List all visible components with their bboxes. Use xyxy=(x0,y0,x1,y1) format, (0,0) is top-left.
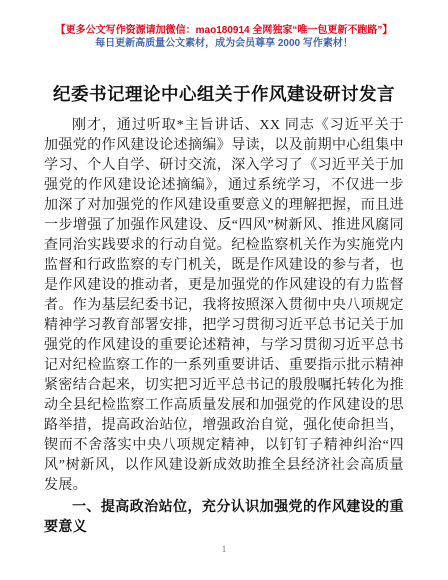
section-heading: 一、提高政治站位，充分认识加强党的作风建设的重要意义 xyxy=(44,498,404,538)
promo-line-red: 【更多公文写作资源请加微信：mao180914 全网独家“唯一包更新不跑路”】 xyxy=(44,24,404,37)
body-paragraph: 刚才，通过听取*主旨讲话、XX 同志《习近平关于加强党的作风建设论述摘编》导读，… xyxy=(44,116,404,496)
document-title: 纪委书记理论中心组关于作风建设研讨发言 xyxy=(44,82,404,106)
page-number: 1 xyxy=(0,544,448,554)
promo-header: 【更多公文写作资源请加微信：mao180914 全网独家“唯一包更新不跑路”】 … xyxy=(44,24,404,50)
document-page: 【更多公文写作资源请加微信：mao180914 全网独家“唯一包更新不跑路”】 … xyxy=(0,0,448,580)
promo-line-blue: 每日更新高质量公文素材，成为会员尊享 2000 写作素材！ xyxy=(44,37,404,50)
